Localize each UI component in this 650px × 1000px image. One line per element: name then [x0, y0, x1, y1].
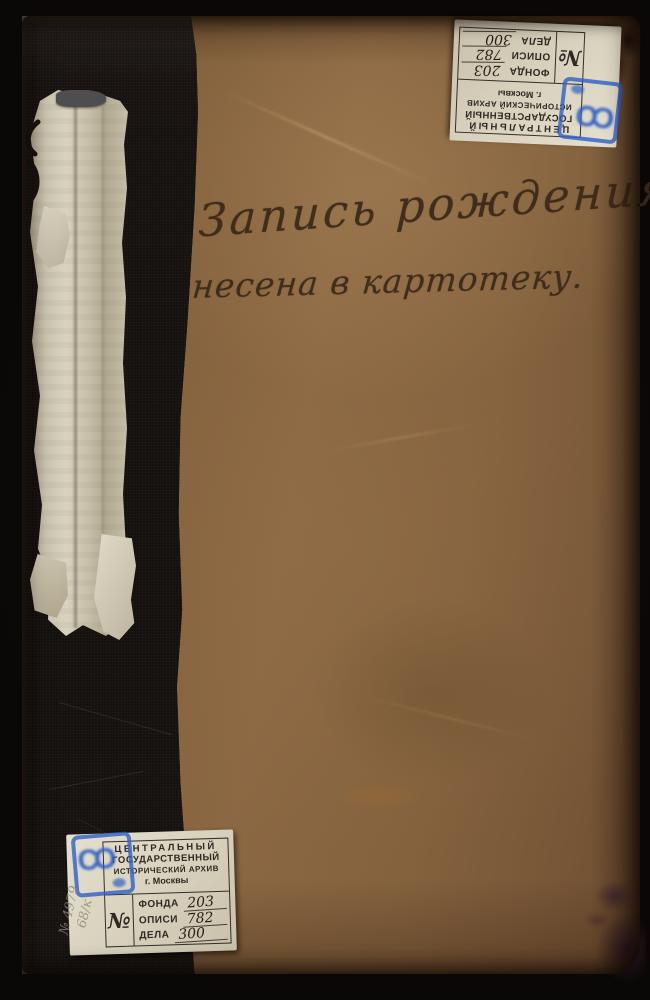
archival-book: Запись рождения внесена в картотеку. СО	[22, 16, 640, 974]
cover-edge-shadow	[22, 16, 640, 974]
photo-background: Запись рождения внесена в картотеку. СО	[0, 0, 650, 1000]
